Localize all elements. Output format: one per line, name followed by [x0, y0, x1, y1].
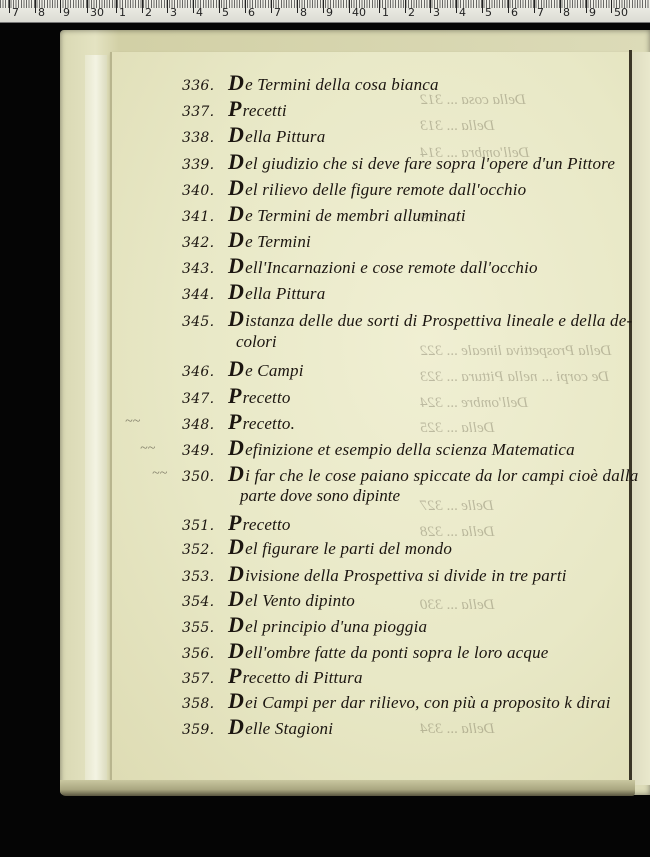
- entry-initial-capital: D: [228, 586, 244, 611]
- entry-initial-capital: D: [228, 534, 244, 559]
- entry-number: 347.: [182, 391, 228, 407]
- entry-title: De Termini de membri alluminati: [228, 201, 466, 227]
- entry-initial-capital: D: [228, 461, 244, 486]
- entry-initial-capital: D: [228, 306, 244, 331]
- toc-entry: 339.Del giudizio che si deve fare sopra …: [182, 149, 615, 175]
- entry-initial-capital: P: [228, 383, 242, 408]
- entry-number: 344.: [182, 287, 228, 303]
- entry-title-text: recetto: [243, 515, 291, 534]
- entry-initial-capital: D: [228, 227, 244, 252]
- entry-initial-capital: P: [228, 510, 242, 535]
- entry-number: 339.: [182, 157, 228, 173]
- toc-entry: 341.De Termini de membri alluminati: [182, 201, 466, 227]
- entry-initial-capital: D: [228, 253, 244, 278]
- entry-number: 355.: [182, 620, 228, 636]
- toc-entry: 353.Divisione della Prospettiva si divid…: [182, 561, 567, 587]
- entry-initial-capital: P: [228, 663, 242, 688]
- toc-entry: 342.De Termini: [182, 227, 311, 253]
- toc-entry: 354.Del Vento dipinto: [182, 586, 355, 612]
- toc-entry: 352.Del figurare le parti del mondo: [182, 534, 452, 560]
- toc-entry: 343.Dell'Incarnazioni e cose remote dall…: [182, 253, 538, 279]
- entry-title: Del giudizio che si deve fare sopra l'op…: [228, 149, 615, 175]
- entry-title: De Termini della cosa bianca: [228, 70, 439, 96]
- entry-title-text: efinizione et esempio della scienza Mate…: [245, 440, 575, 459]
- entry-title: Del figurare le parti del mondo: [228, 534, 452, 560]
- entry-title: Precetto di Pittura: [228, 663, 363, 689]
- entry-continuation-line: colori: [236, 332, 277, 352]
- entry-number: 357.: [182, 671, 228, 687]
- entry-title: De Termini: [228, 227, 311, 253]
- entry-initial-capital: D: [228, 638, 244, 663]
- entry-number: 351.: [182, 518, 228, 534]
- entry-initial-capital: D: [228, 356, 244, 381]
- entry-title: De Campi: [228, 356, 304, 382]
- entry-title-text: el giudizio che si deve fare sopra l'ope…: [245, 154, 615, 173]
- entry-number: 349.: [182, 443, 228, 459]
- entry-number: 343.: [182, 261, 228, 277]
- entry-title-text: el rilievo delle figure remote dall'occh…: [245, 180, 526, 199]
- entry-number: 342.: [182, 235, 228, 251]
- toc-entry: 338.Della Pittura: [182, 122, 325, 148]
- toc-entry: 345.Distanza delle due sorti di Prospett…: [182, 306, 632, 332]
- entry-title-text: ell'Incarnazioni e cose remote dall'occh…: [245, 258, 538, 277]
- toc-entry: 350.Di far che le cose paiano spiccate d…: [182, 461, 638, 487]
- entry-title-text: recetti: [243, 101, 287, 120]
- entry-title: Definizione et esempio della scienza Mat…: [228, 435, 575, 461]
- entry-title: Del Vento dipinto: [228, 586, 355, 612]
- entry-initial-capital: D: [228, 279, 244, 304]
- entry-number: 353.: [182, 569, 228, 585]
- toc-entry: 349.Definizione et esempio della scienza…: [182, 435, 575, 461]
- entry-number: 354.: [182, 594, 228, 610]
- entry-number: 358.: [182, 696, 228, 712]
- entry-number: 336.: [182, 78, 228, 94]
- entry-title-text: recetto.: [243, 414, 295, 433]
- entry-title: Di far che le cose paiano spiccate da lo…: [228, 461, 638, 487]
- entry-title-text: e Termini: [245, 232, 311, 251]
- entry-number: 341.: [182, 209, 228, 225]
- toc-entry: 347.Precetto: [182, 383, 291, 409]
- entry-initial-capital: P: [228, 96, 242, 121]
- toc-entry: 356.Dell'ombre fatte da ponti sopra le l…: [182, 638, 549, 664]
- entry-title-text: ei Campi per dar rilievo, con più a prop…: [245, 693, 611, 712]
- entry-initial-capital: P: [228, 409, 242, 434]
- entry-number: 352.: [182, 542, 228, 558]
- entry-number: 340.: [182, 183, 228, 199]
- entry-title: Dell'ombre fatte da ponti sopra le loro …: [228, 638, 549, 664]
- toc-entry: 359.Delle Stagioni: [182, 714, 333, 740]
- entry-initial-capital: D: [228, 122, 244, 147]
- entry-title: Del principio d'una pioggia: [228, 612, 427, 638]
- entry-initial-capital: D: [228, 175, 244, 200]
- entry-title: Precetto.: [228, 409, 295, 435]
- entry-number: 348.: [182, 417, 228, 433]
- entry-number: 359.: [182, 722, 228, 738]
- entry-title: Precetto: [228, 510, 291, 536]
- entry-title: Precetti: [228, 96, 287, 122]
- entry-title-text: e Campi: [245, 361, 304, 380]
- entry-title: Delle Stagioni: [228, 714, 333, 740]
- entry-continuation-line: parte dove sono dipinte: [240, 486, 400, 506]
- entry-title-text: e Termini de membri alluminati: [245, 206, 466, 225]
- entry-title: Precetto: [228, 383, 291, 409]
- toc-entry: 357.Precetto di Pittura: [182, 663, 363, 689]
- entry-title-text: recetto di Pittura: [243, 668, 363, 687]
- entry-title-text: el principio d'una pioggia: [245, 617, 427, 636]
- entry-initial-capital: D: [228, 688, 244, 713]
- entry-number: 346.: [182, 364, 228, 380]
- entry-initial-capital: D: [228, 149, 244, 174]
- entry-title-text: ivisione della Prospettiva si divide in …: [245, 566, 567, 585]
- entry-title: Della Pittura: [228, 122, 325, 148]
- toc-entry: 358.Dei Campi per dar rilievo, con più a…: [182, 688, 611, 714]
- entry-title-text: ell'ombre fatte da ponti sopra le loro a…: [245, 643, 548, 662]
- entry-title-text: i far che le cose paiano spiccate da lor…: [245, 466, 638, 485]
- entry-title-text: e Termini della cosa bianca: [245, 75, 439, 94]
- toc-entry: 355.Del principio d'una pioggia: [182, 612, 427, 638]
- entry-title: Distanza delle due sorti di Prospettiva …: [228, 306, 632, 332]
- entry-initial-capital: D: [228, 435, 244, 460]
- entry-initial-capital: D: [228, 612, 244, 637]
- entry-initial-capital: D: [228, 70, 244, 95]
- entry-number: 337.: [182, 104, 228, 120]
- toc-entry: 337.Precetti: [182, 96, 287, 122]
- entry-number: 345.: [182, 314, 228, 330]
- entry-initial-capital: D: [228, 201, 244, 226]
- entry-title: Del rilievo delle figure remote dall'occ…: [228, 175, 526, 201]
- entry-number: 356.: [182, 646, 228, 662]
- entry-initial-capital: D: [228, 714, 244, 739]
- entry-number: 350.: [182, 469, 228, 485]
- toc-entry: 348.Precetto.: [182, 409, 295, 435]
- entry-title-text: el figurare le parti del mondo: [245, 539, 452, 558]
- entry-title-text: el Vento dipinto: [245, 591, 355, 610]
- entry-initial-capital: D: [228, 561, 244, 586]
- entry-title: Dell'Incarnazioni e cose remote dall'occ…: [228, 253, 538, 279]
- entry-title-text: ella Pittura: [245, 284, 325, 303]
- toc-entry: 344.Della Pittura: [182, 279, 325, 305]
- entry-title: Della Pittura: [228, 279, 325, 305]
- toc-entry: 336.De Termini della cosa bianca: [182, 70, 439, 96]
- entry-title-text: elle Stagioni: [245, 719, 333, 738]
- entry-title-text: istanza delle due sorti di Prospettiva l…: [245, 311, 632, 330]
- table-of-contents: 336.De Termini della cosa bianca337.Prec…: [0, 0, 650, 857]
- toc-entry: 340.Del rilievo delle figure remote dall…: [182, 175, 526, 201]
- entry-title-text: ella Pittura: [245, 127, 325, 146]
- toc-entry: 351.Precetto: [182, 510, 291, 536]
- entry-title: Divisione della Prospettiva si divide in…: [228, 561, 567, 587]
- entry-title: Dei Campi per dar rilievo, con più a pro…: [228, 688, 611, 714]
- toc-entry: 346.De Campi: [182, 356, 304, 382]
- entry-title-text: recetto: [243, 388, 291, 407]
- entry-number: 338.: [182, 130, 228, 146]
